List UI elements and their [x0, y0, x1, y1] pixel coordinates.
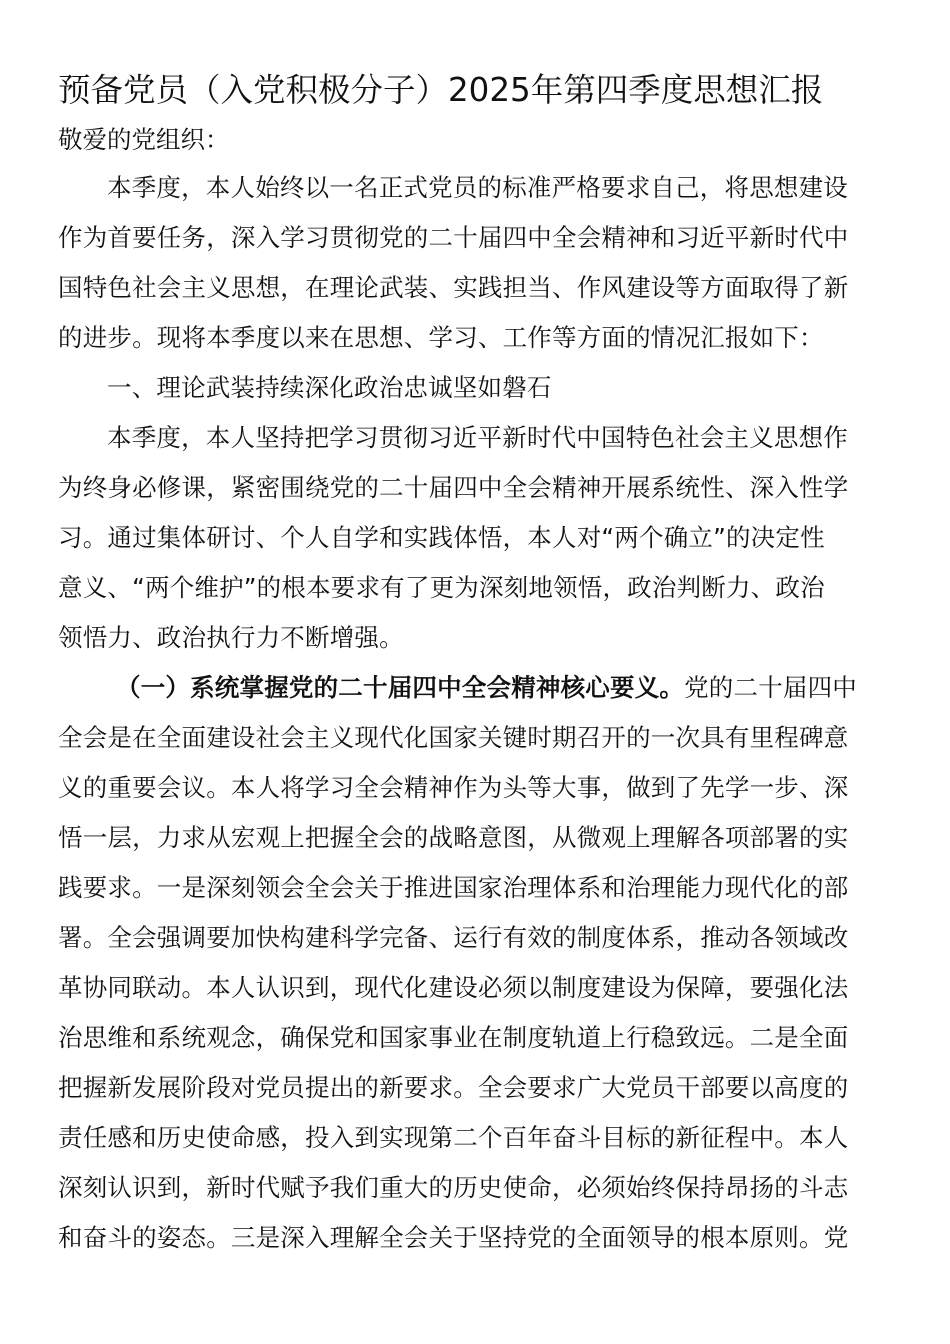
paragraph-line: 责任感和历史使命感，投入到实现第二个百年奋斗目标的新征程中。本人	[58, 1120, 892, 1170]
paragraph-line: 义的重要会议。本人将学习全会精神作为头等大事，做到了先学一步、深	[58, 770, 892, 820]
subsection-text: 党的二十届四中	[684, 673, 857, 702]
paragraph-line: 深刻认识到，新时代赋予我们重大的历史使命，必须始终保持昂扬的斗志	[58, 1170, 892, 1220]
subsection-heading: （一）系统掌握党的二十届四中全会精神核心要义。	[116, 673, 684, 702]
paragraph-line: 意义、“两个维护”的根本要求有了更为深刻地领悟，政治判断力、政治	[58, 570, 892, 620]
document-page: 预备党员（入党积极分子）2025年第四季度思想汇报 敬爱的党组织： 本季度，本人…	[0, 0, 950, 1344]
paragraph-line: 领悟力、政治执行力不断增强。	[58, 620, 892, 670]
paragraph-line: 治思维和系统观念，确保党和国家事业在制度轨道上行稳致远。二是全面	[58, 1020, 892, 1070]
paragraph-line: 为终身必修课，紧密围绕党的二十届四中全会精神开展系统性、深入性学	[58, 470, 892, 520]
paragraph-line: 本季度，本人坚持把学习贯彻习近平新时代中国特色社会主义思想作	[58, 420, 892, 470]
salutation: 敬爱的党组织：	[58, 122, 230, 158]
paragraph-line: 把握新发展阶段对党员提出的新要求。全会要求广大党员干部要以高度的	[58, 1070, 892, 1120]
paragraph-line: 作为首要任务，深入学习贯彻党的二十届四中全会精神和习近平新时代中	[58, 220, 892, 270]
subsection-line: （一）系统掌握党的二十届四中全会精神核心要义。党的二十届四中	[58, 670, 892, 720]
document-title: 预备党员（入党积极分子）2025年第四季度思想汇报	[58, 68, 908, 112]
paragraph-line: 全会是在全面建设社会主义现代化国家关键时期召开的一次具有里程碑意	[58, 720, 892, 770]
paragraph-line: 践要求。一是深刻领会全会关于推进国家治理体系和治理能力现代化的部	[58, 870, 892, 920]
paragraph-line: 本季度，本人始终以一名正式党员的标准严格要求自己，将思想建设	[58, 170, 892, 220]
paragraph-line: 国特色社会主义思想，在理论武装、实践担当、作风建设等方面取得了新	[58, 270, 892, 320]
paragraph-line: 革协同联动。本人认识到，现代化建设必须以制度建设为保障，要强化法	[58, 970, 892, 1020]
paragraph-line: 悟一层，力求从宏观上把握全会的战略意图，从微观上理解各项部署的实	[58, 820, 892, 870]
paragraph-line: 习。通过集体研讨、个人自学和实践体悟，本人对“两个确立”的决定性	[58, 520, 892, 570]
paragraph-line: 的进步。现将本季度以来在思想、学习、工作等方面的情况汇报如下：	[58, 320, 892, 370]
document-body: 本季度，本人始终以一名正式党员的标准严格要求自己，将思想建设 作为首要任务，深入…	[58, 170, 892, 1270]
paragraph-line: 和奋斗的姿态。三是深入理解全会关于坚持党的全面领导的根本原则。党	[58, 1220, 892, 1270]
paragraph-line: 署。全会强调要加快构建科学完备、运行有效的制度体系，推动各领域改	[58, 920, 892, 970]
section-heading: 一、理论武装持续深化政治忠诚坚如磐石	[58, 370, 892, 420]
